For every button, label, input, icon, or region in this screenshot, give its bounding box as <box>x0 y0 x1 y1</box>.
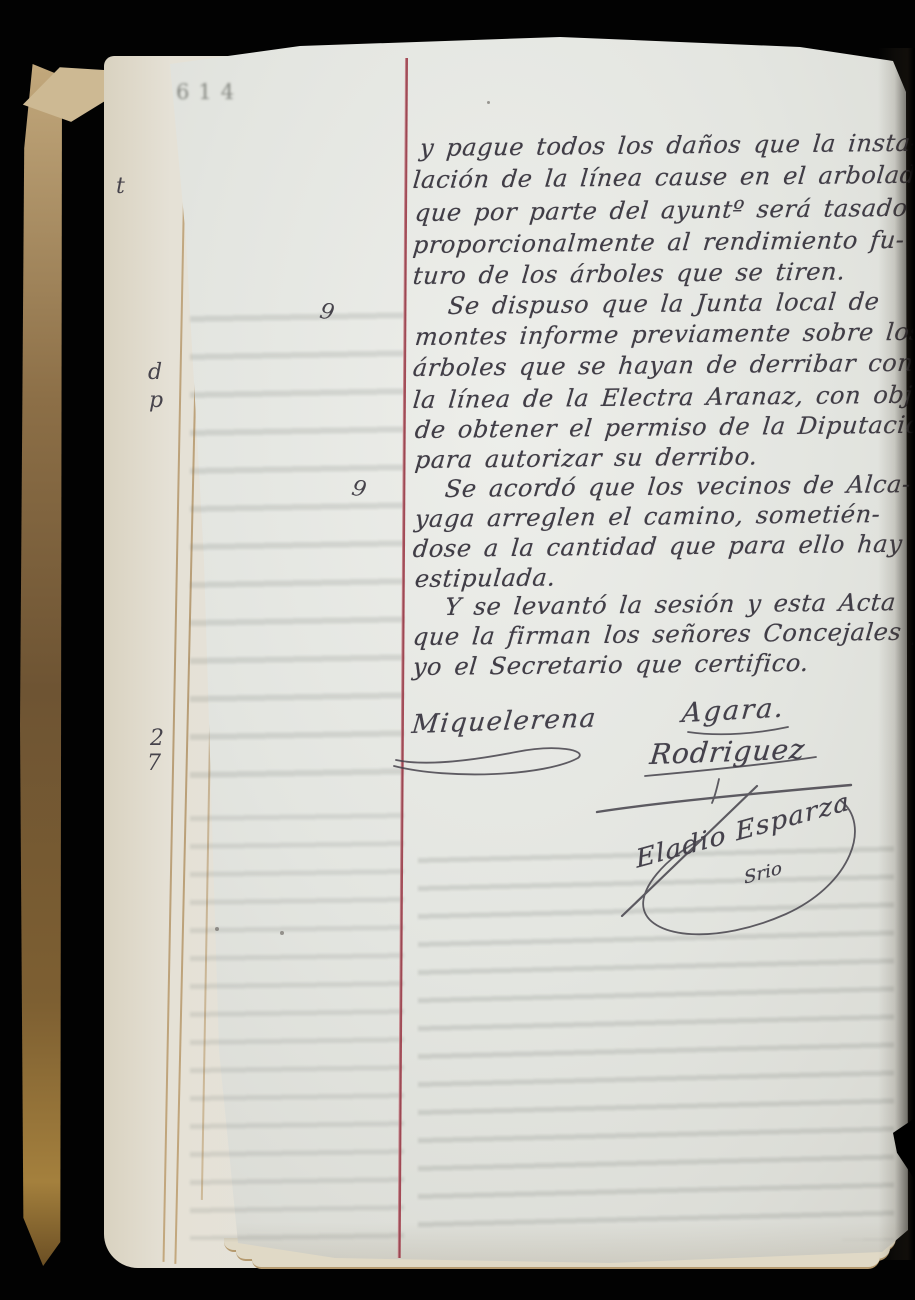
cutoff-letter: t <box>116 174 125 199</box>
manuscript-line: que por parte del ayuntº será tasado <box>414 194 909 227</box>
ghost-page-number: 614 <box>176 80 243 104</box>
manuscript-line: que la firman los señores Concejales y <box>412 618 915 651</box>
page-right-shadow <box>878 48 915 1260</box>
manuscript-line: y pague todos los daños que la insta- <box>419 129 915 162</box>
manuscript-line: estipulada. <box>414 564 557 593</box>
manuscript-line: turo de los árboles que se tiren. <box>412 257 847 290</box>
manuscript-line: proporcionalmente al rendimiento fu- <box>412 226 906 259</box>
manuscript-photo: t d p 2 7 614 y pague todos los daños qu… <box>0 0 915 1300</box>
cutoff-letter: 2 <box>150 726 164 751</box>
manuscript-line: dose a la cantidad que para ello hay <box>412 530 904 563</box>
manuscript-line: yo el Secretario que certifico. <box>412 649 811 681</box>
manuscript-line: Y se levantó la sesión y esta Acta <box>444 588 898 621</box>
manuscript-line: árboles que se hayan de derribar con <box>412 349 915 382</box>
cutoff-letter: 7 <box>147 751 161 776</box>
cutoff-letter: d <box>148 360 162 385</box>
cutoff-letter: p <box>149 388 163 413</box>
manuscript-line: montes informe previamente sobre los <box>414 318 915 351</box>
manuscript-line: la línea de la Electra Aranaz, con objet… <box>412 380 915 414</box>
paper-speck <box>215 927 219 931</box>
manuscript-line: Se acordó que los vecinos de Alca- <box>444 470 912 503</box>
paper-speck <box>487 101 490 104</box>
signature-rodriguez: Rodriguez <box>648 733 807 771</box>
manuscript-line: lación de la línea cause en el arbolado <box>412 161 915 194</box>
manuscript-line: para autorizar su derribo. <box>414 442 759 474</box>
manuscript-line: yaga arreglen el camino, sometién- <box>414 500 882 533</box>
signature-agara: Agara. <box>681 693 787 729</box>
manuscript-line: de obtener el permiso de la Diputación <box>414 411 915 444</box>
paper-speck <box>280 931 284 935</box>
manuscript-line: Se dispuso que la Junta local de <box>447 287 881 320</box>
